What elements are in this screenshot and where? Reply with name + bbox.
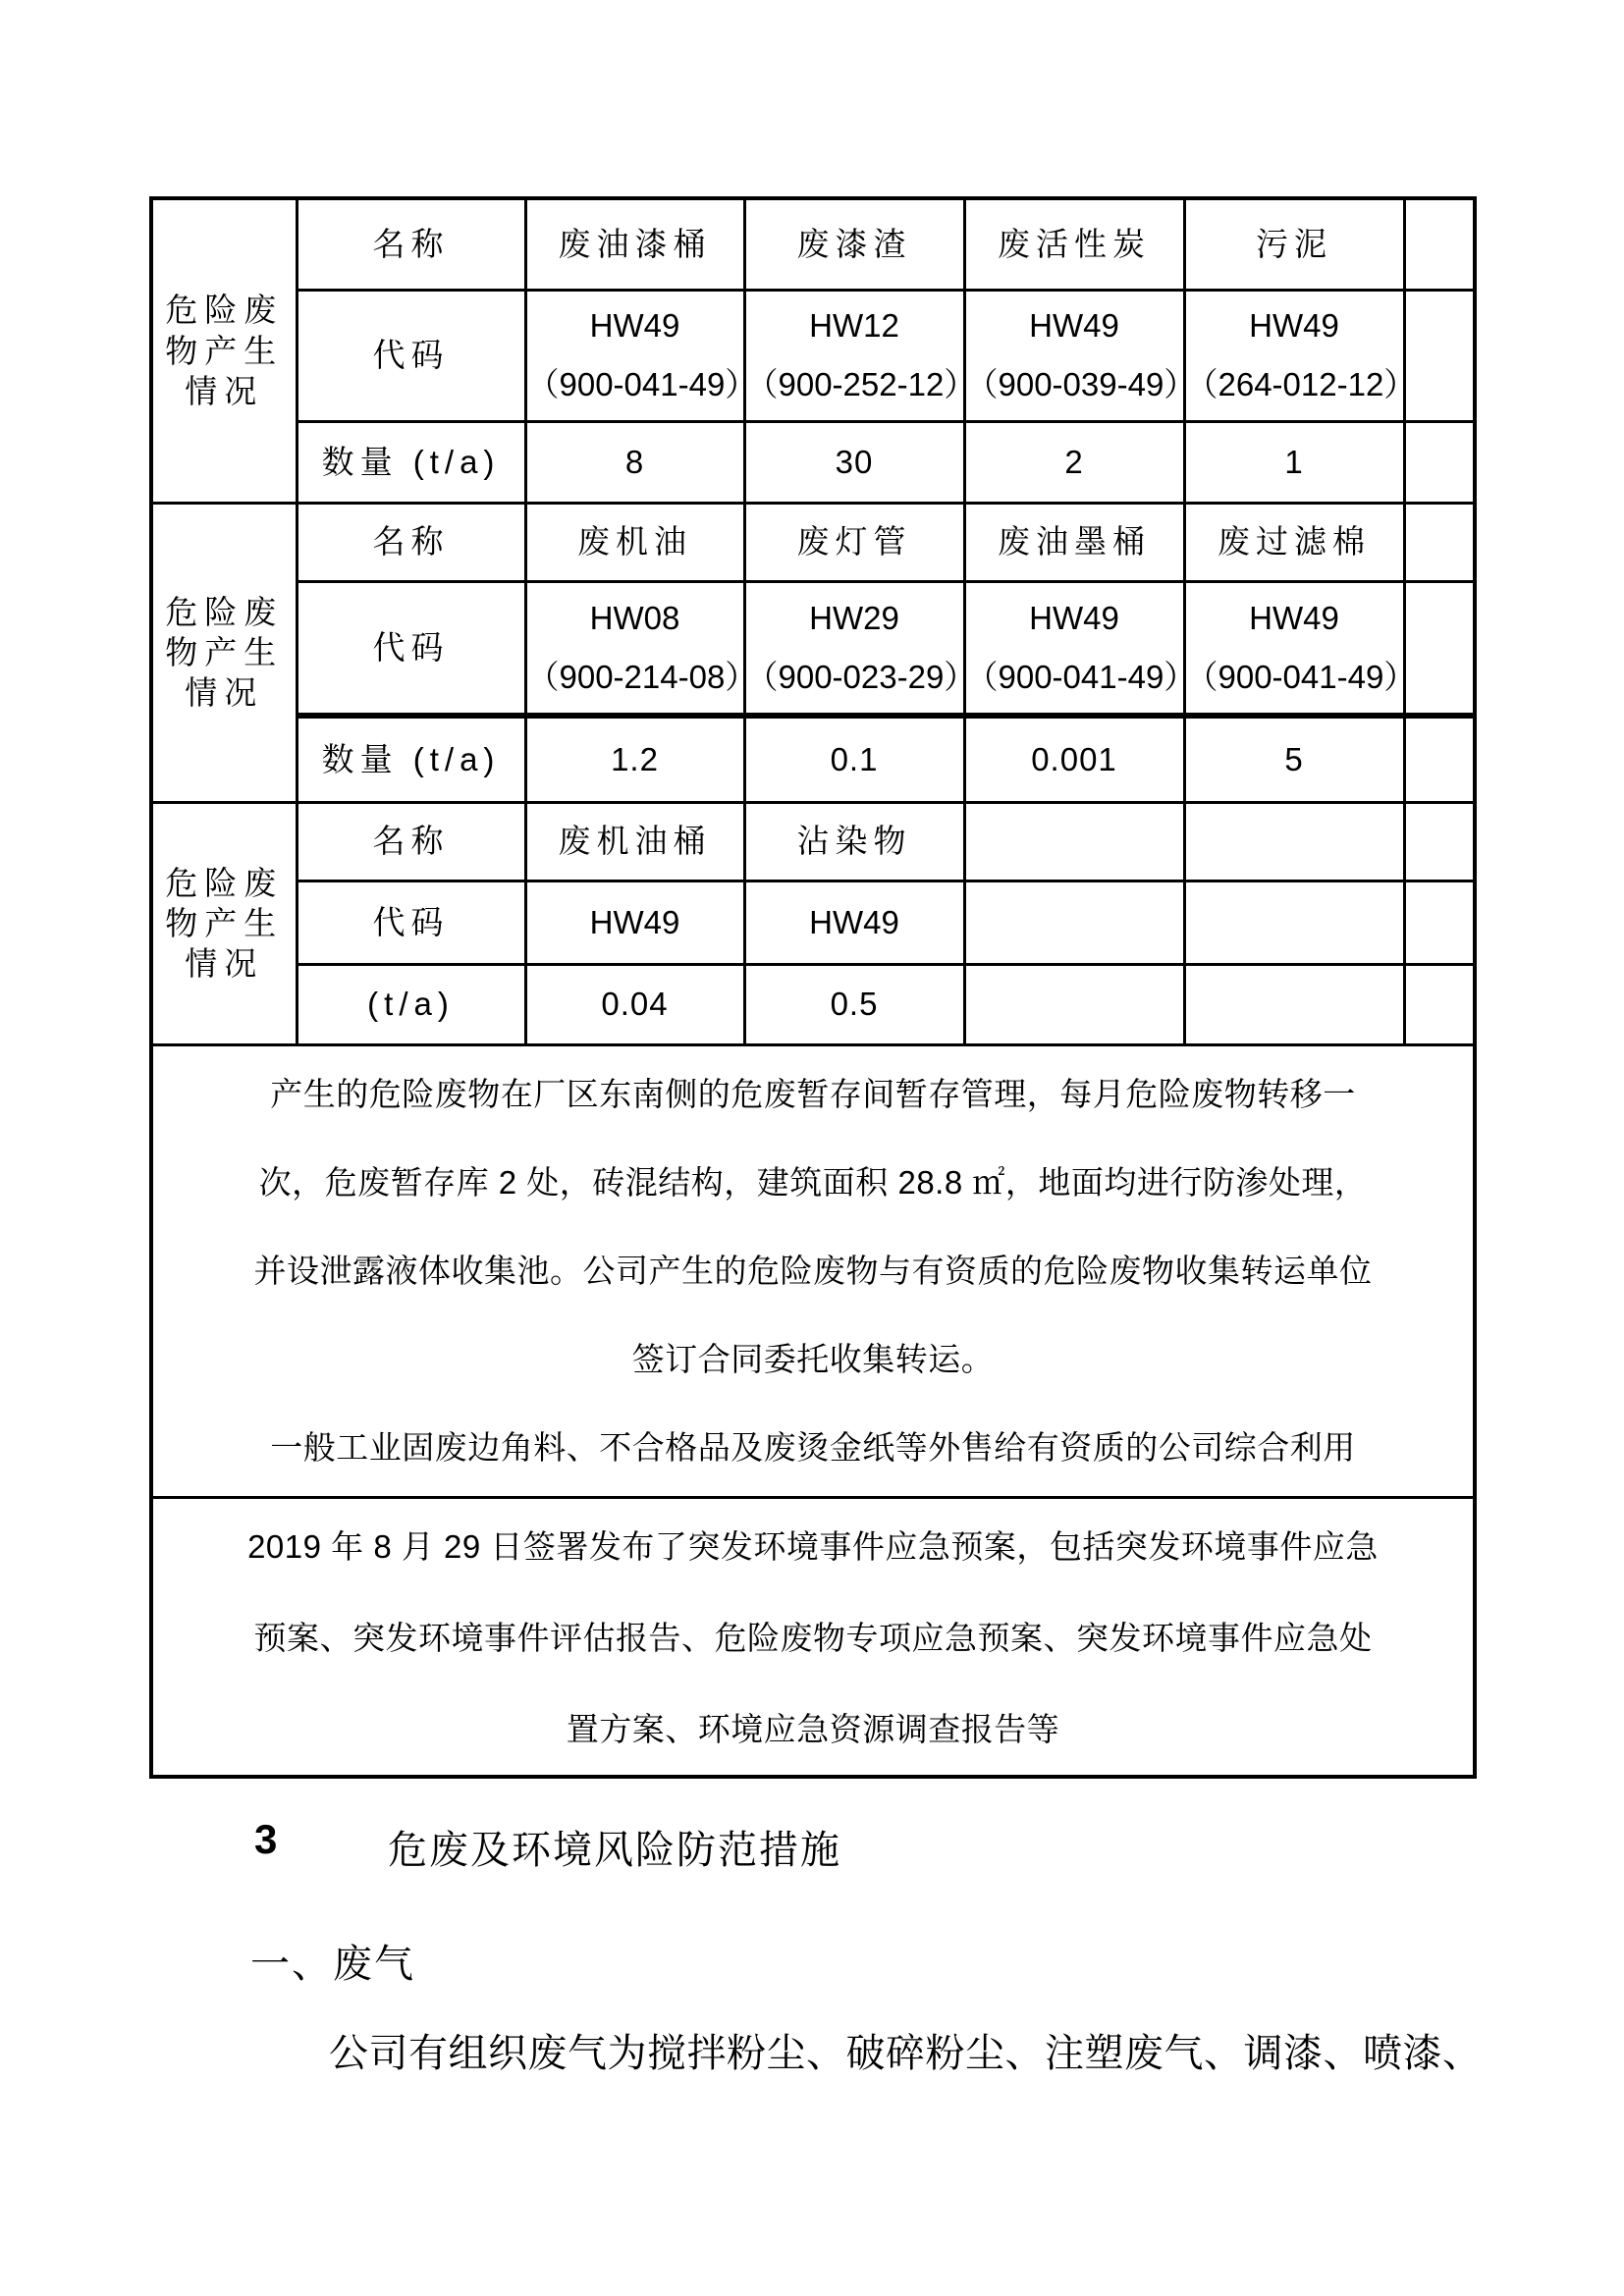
waste-code-cell: HW49 （900-041-49）: [1184, 581, 1404, 716]
waste-code-cell: HW12 （900-252-12）: [744, 290, 964, 421]
waste-code-cell: HW49: [525, 881, 744, 964]
qty-row-label: 数量 (t/a): [297, 421, 525, 503]
waste-code-cell: HW49 （900-039-49）: [964, 290, 1184, 421]
code-line: （900-252-12）: [746, 355, 963, 414]
subsection-heading-waste-gas: 一、废气: [250, 1933, 415, 1989]
group-label-line: 情况: [153, 672, 296, 713]
waste-name-cell: 废漆渣: [744, 198, 964, 290]
code-line: （900-041-49）: [1186, 648, 1403, 707]
group-label-line: 危险废: [153, 863, 296, 903]
code-line: HW12: [746, 296, 963, 355]
code-line: HW29: [746, 589, 963, 648]
empty-cell: [1184, 964, 1404, 1044]
waste-code-cell: HW49: [744, 881, 964, 964]
waste-qty-cell: 8: [525, 421, 744, 503]
note-line: 并设泄露液体收集池。公司产生的危险废物与有资质的危险废物收集转运单位: [153, 1227, 1473, 1315]
empty-cell: [1404, 581, 1475, 716]
table-row: (t/a) 0.04 0.5: [151, 964, 1475, 1044]
empty-cell: [964, 881, 1184, 964]
empty-cell: [964, 964, 1184, 1044]
note-line: 签订合同委托收集转运。: [153, 1315, 1473, 1404]
group-label-line: 物产生: [153, 632, 296, 672]
waste-code-cell: HW49 （900-041-49）: [964, 581, 1184, 716]
group-label-line: 物产生: [153, 331, 296, 371]
waste-name-cell: 废灯管: [744, 503, 964, 581]
code-line: HW49: [1186, 296, 1403, 355]
table-row: 危险废 物产生 情况 名称 废机油 废灯管 废油墨桶 废过滤棉: [151, 503, 1475, 581]
document-page: 危险废 物产生 情况 名称 废油漆桶 废漆渣 废活性炭 污泥 代码 HW49 （…: [0, 0, 1624, 2296]
code-line: （264-012-12）: [1186, 355, 1403, 414]
waste-code-cell: HW29 （900-023-29）: [744, 581, 964, 716]
empty-cell: [1184, 881, 1404, 964]
name-row-label: 名称: [297, 802, 525, 881]
qty-row-label: 数量 (t/a): [297, 716, 525, 802]
waste-qty-cell: 0.5: [744, 964, 964, 1044]
waste-name-cell: 废过滤棉: [1184, 503, 1404, 581]
code-line: HW49: [966, 589, 1183, 648]
empty-cell: [1404, 881, 1475, 964]
code-row-label: 代码: [297, 290, 525, 421]
group-label-line: 危险废: [153, 592, 296, 632]
group-label-line: 情况: [153, 943, 296, 984]
group-label-line: 物产生: [153, 903, 296, 943]
code-line: HW08: [527, 589, 743, 648]
empty-cell: [1404, 198, 1475, 290]
waste-name-cell: 废油墨桶: [964, 503, 1184, 581]
note-line: 一般工业固废边角料、不合格品及废烫金纸等外售给有资质的公司综合利用: [153, 1404, 1473, 1492]
code-line: （900-023-29）: [746, 648, 963, 707]
table-row: 代码 HW49 HW49: [151, 881, 1475, 964]
waste-name-cell: 污泥: [1184, 198, 1404, 290]
code-line: （900-214-08）: [527, 648, 743, 707]
empty-cell: [1404, 503, 1475, 581]
note-line: 次，危废暂存库 2 处，砖混结构，建筑面积 28.8 ㎡，地面均进行防渗处理，: [153, 1139, 1473, 1227]
empty-cell: [1404, 964, 1475, 1044]
table-row: 数量 (t/a) 8 30 2 1: [151, 421, 1475, 503]
waste-qty-cell: 2: [964, 421, 1184, 503]
group-label-line: 情况: [153, 371, 296, 411]
empty-cell: [1404, 716, 1475, 802]
note-line: 预案、突发环境事件评估报告、危险废物专项应急预案、突发环境事件应急处: [153, 1592, 1473, 1683]
table-row: 产生的危险废物在厂区东南侧的危废暂存间暂存管理，每月危险废物转移一 次，危废暂存…: [151, 1044, 1475, 1497]
group-label-line: 危险废: [153, 290, 296, 330]
emergency-plan-note-cell: 2019 年 8 月 29 日签署发布了突发环境事件应急预案，包括突发环境事件应…: [151, 1497, 1475, 1777]
waste-qty-cell: 0.001: [964, 716, 1184, 802]
row-group-label-hazardous-waste-2: 危险废 物产生 情况: [151, 503, 297, 802]
waste-qty-cell: 0.1: [744, 716, 964, 802]
hazardous-waste-table: 危险废 物产生 情况 名称 废油漆桶 废漆渣 废活性炭 污泥 代码 HW49 （…: [149, 196, 1477, 1779]
waste-qty-cell: 1.2: [525, 716, 744, 802]
waste-name-cell: 废活性炭: [964, 198, 1184, 290]
waste-name-cell: 废机油桶: [525, 802, 744, 881]
code-line: HW49: [966, 296, 1183, 355]
table-row: 数量 (t/a) 1.2 0.1 0.001 5: [151, 716, 1475, 802]
storage-note-cell: 产生的危险废物在厂区东南侧的危废暂存间暂存管理，每月危险废物转移一 次，危废暂存…: [151, 1044, 1475, 1497]
waste-name-cell: 废机油: [525, 503, 744, 581]
table-row: 代码 HW08 （900-214-08） HW29 （900-023-29） H…: [151, 581, 1475, 716]
note-line: 产生的危险废物在厂区东南侧的危废暂存间暂存管理，每月危险废物转移一: [153, 1050, 1473, 1139]
waste-code-cell: HW49 （264-012-12）: [1184, 290, 1404, 421]
code-row-label: 代码: [297, 881, 525, 964]
code-row-label: 代码: [297, 581, 525, 716]
section-number: 3: [254, 1816, 277, 1863]
table-row: 代码 HW49 （900-041-49） HW12 （900-252-12） H…: [151, 290, 1475, 421]
empty-cell: [1184, 802, 1404, 881]
empty-cell: [1404, 290, 1475, 421]
code-line: （900-041-49）: [966, 648, 1183, 707]
code-line: HW49: [1186, 589, 1403, 648]
waste-qty-cell: 30: [744, 421, 964, 503]
body-paragraph-line: 公司有组织废气为搅拌粉尘、破碎粉尘、注塑废气、调漆、喷漆、: [329, 2022, 1483, 2078]
empty-cell: [1404, 802, 1475, 881]
empty-cell: [1404, 421, 1475, 503]
waste-qty-cell: 1: [1184, 421, 1404, 503]
qty-row-label: (t/a): [297, 964, 525, 1044]
waste-qty-cell: 5: [1184, 716, 1404, 802]
waste-code-cell: HW08 （900-214-08）: [525, 581, 744, 716]
table-row: 2019 年 8 月 29 日签署发布了突发环境事件应急预案，包括突发环境事件应…: [151, 1497, 1475, 1777]
code-line: （900-039-49）: [966, 355, 1183, 414]
code-line: （900-041-49）: [527, 355, 743, 414]
note-line: 置方案、环境应急资源调查报告等: [153, 1683, 1473, 1775]
row-group-label-hazardous-waste-3: 危险废 物产生 情况: [151, 802, 297, 1044]
row-group-label-hazardous-waste-1: 危险废 物产生 情况: [151, 198, 297, 503]
empty-cell: [964, 802, 1184, 881]
waste-code-cell: HW49 （900-041-49）: [525, 290, 744, 421]
waste-qty-cell: 0.04: [525, 964, 744, 1044]
waste-name-cell: 沾染物: [744, 802, 964, 881]
name-row-label: 名称: [297, 503, 525, 581]
section-heading: 危废及环境风险防范措施: [388, 1819, 841, 1875]
waste-name-cell: 废油漆桶: [525, 198, 744, 290]
name-row-label: 名称: [297, 198, 525, 290]
note-line: 2019 年 8 月 29 日签署发布了突发环境事件应急预案，包括突发环境事件应…: [153, 1501, 1473, 1592]
table-row: 危险废 物产生 情况 名称 废机油桶 沾染物: [151, 802, 1475, 881]
code-line: HW49: [527, 296, 743, 355]
table-row: 危险废 物产生 情况 名称 废油漆桶 废漆渣 废活性炭 污泥: [151, 198, 1475, 290]
